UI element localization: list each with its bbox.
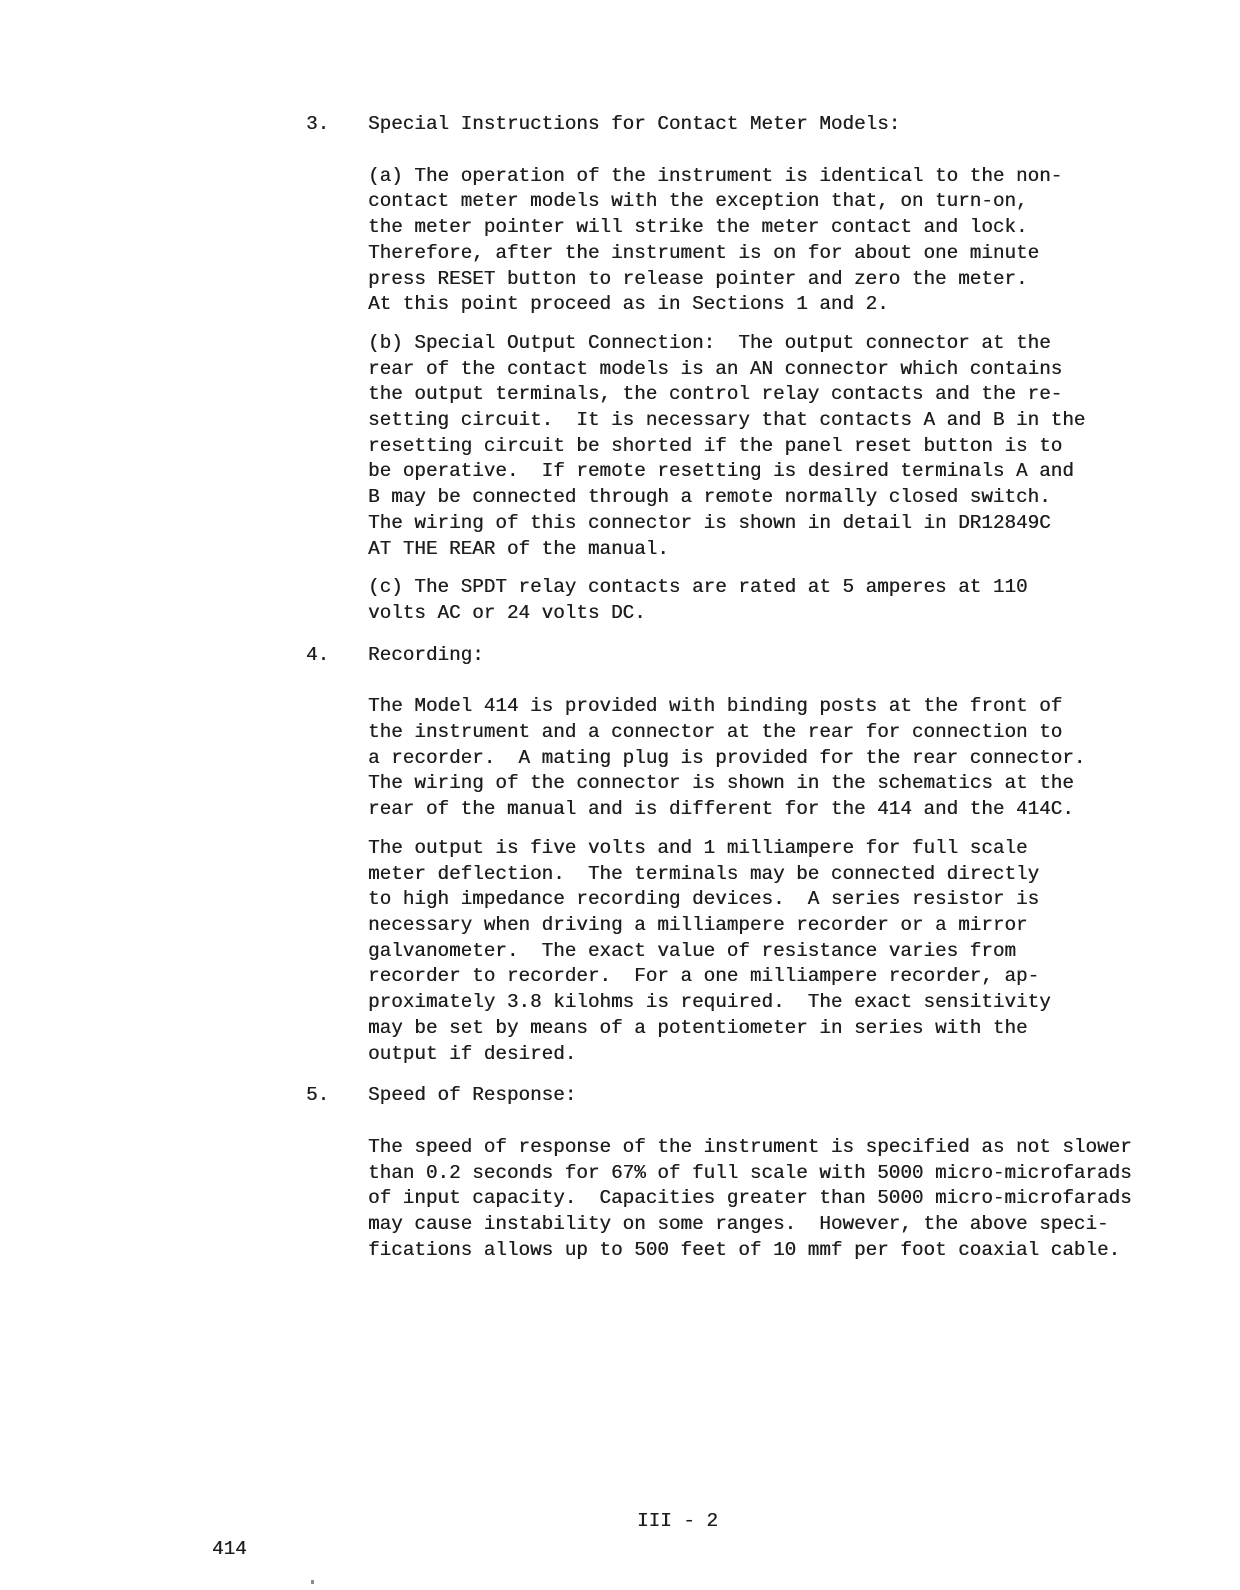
paragraph-recording-2: The output is five volts and 1 milliampe… (368, 836, 1200, 1067)
document-page: 3. Special Instructions for Contact Mete… (0, 0, 1240, 1590)
document-model-number: 414 (212, 1537, 247, 1563)
section-heading: 3. Special Instructions for Contact Mete… (368, 112, 1200, 138)
section-heading: 4. Recording: (368, 643, 1200, 669)
section-number: 4. (306, 643, 329, 669)
scan-speck (311, 1580, 314, 1584)
paragraph-c: (c) The SPDT relay contacts are rated at… (368, 575, 1200, 626)
section-special-instructions: 3. Special Instructions for Contact Mete… (368, 112, 1200, 627)
page-number-label: III - 2 (637, 1509, 718, 1535)
section-title: Speed of Response: (368, 1083, 1200, 1109)
section-recording: 4. Recording: The Model 414 is provided … (368, 643, 1200, 1068)
section-number: 5. (306, 1083, 329, 1109)
section-number: 3. (306, 112, 329, 138)
paragraph-speed-of-response: The speed of response of the instrument … (368, 1135, 1200, 1264)
section-heading: 5. Speed of Response: (368, 1083, 1200, 1109)
section-title: Special Instructions for Contact Meter M… (368, 112, 1200, 138)
section-speed-of-response: 5. Speed of Response: The speed of respo… (368, 1083, 1200, 1263)
paragraph-b: (b) Special Output Connection: The outpu… (368, 331, 1200, 562)
section-title: Recording: (368, 643, 1200, 669)
paragraph-a: (a) The operation of the instrument is i… (368, 164, 1200, 318)
paragraph-recording-1: The Model 414 is provided with binding p… (368, 694, 1200, 823)
document-body: 3. Special Instructions for Contact Mete… (0, 112, 1240, 1276)
